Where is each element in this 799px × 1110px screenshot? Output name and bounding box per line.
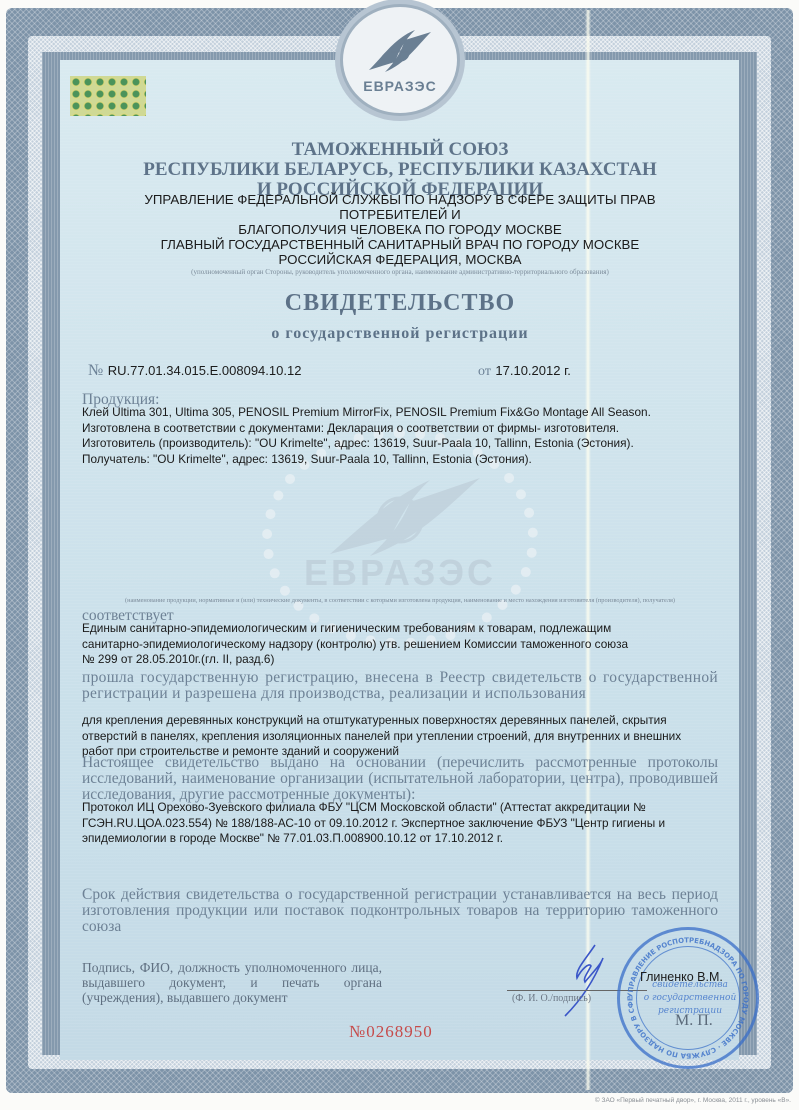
hologram-sticker bbox=[70, 76, 146, 116]
document-subtitle: о государственной регистрации bbox=[90, 325, 710, 343]
certificate-date: от 17.10.2012 г. bbox=[478, 362, 571, 380]
eurasec-emblem: ЕВРАЗЭС bbox=[340, 4, 460, 116]
product-line: Получатель: "OU Krimelte", адрес: 13619,… bbox=[82, 452, 722, 468]
product-line: Изготовитель (производитель): "OU Krimel… bbox=[82, 436, 722, 452]
document-title: СВИДЕТЕЛЬСТВО bbox=[90, 290, 710, 317]
signature-icon bbox=[555, 940, 625, 1020]
signer-name: Глиненко В.М. bbox=[640, 970, 723, 984]
product-caption: (наименование продукции, нормативные и (… bbox=[62, 597, 738, 604]
product-details: Клей Ultima 301, Ultima 305, PENOSIL Pre… bbox=[82, 405, 722, 467]
stamp-line: о государственной bbox=[640, 993, 740, 1003]
watermark: ЕВРАЗЭС bbox=[262, 458, 538, 598]
authority-caption: (уполномоченный орган Стороны, руководит… bbox=[90, 268, 710, 276]
product-line: Изготовлена в соответствии с документами… bbox=[82, 421, 722, 437]
usage-text: для крепления деревянных конструкций на … bbox=[82, 713, 707, 760]
official-stamp: УПРАВЛЕНИЕ РОСПОТРЕБНАДЗОРА ПО ГОРОДУ МО… bbox=[617, 927, 759, 1069]
conformity-text: Единым санитарно-эпидемиологическим и ги… bbox=[82, 621, 642, 668]
emblem-label: ЕВРАЗЭС bbox=[363, 78, 437, 94]
basis-label: Настоящее свидетельство выдано на основа… bbox=[82, 755, 718, 803]
date-label: от bbox=[478, 364, 491, 379]
validity-text: Срок действия свидетельства о государств… bbox=[82, 887, 718, 935]
signature-label: Подпись, ФИО, должность уполномоченного … bbox=[82, 960, 382, 1005]
signature-line-caption: (Ф. И. О./подпись) bbox=[512, 993, 591, 1004]
printer-copyright: © ЗАО «Первый печатный двор», г. Москва,… bbox=[595, 1097, 791, 1104]
date-value: 17.10.2012 г. bbox=[495, 363, 570, 378]
number-label: № bbox=[88, 362, 103, 379]
registration-label: прошла государственную регистрацию, внес… bbox=[82, 670, 718, 701]
seal-mark: М. П. bbox=[675, 1012, 713, 1030]
serial-number: №0268950 bbox=[349, 1022, 433, 1042]
eurasec-emblem-icon bbox=[365, 26, 435, 76]
number-value: RU.77.01.34.015.Е.008094.10.12 bbox=[108, 363, 302, 378]
product-line: Клей Ultima 301, Ultima 305, PENOSIL Pre… bbox=[82, 405, 722, 421]
union-title: ТАМОЖЕННЫЙ СОЮЗ РЕСПУБЛИКИ БЕЛАРУСЬ, РЕС… bbox=[90, 140, 710, 200]
authority-title: УПРАВЛЕНИЕ ФЕДЕРАЛЬНОЙ СЛУЖБЫ ПО НАДЗОРУ… bbox=[90, 192, 710, 267]
certificate-number: № RU.77.01.34.015.Е.008094.10.12 bbox=[88, 362, 301, 380]
basis-text: Протокол ИЦ Орехово-Зуевского филиала ФБ… bbox=[82, 800, 712, 847]
